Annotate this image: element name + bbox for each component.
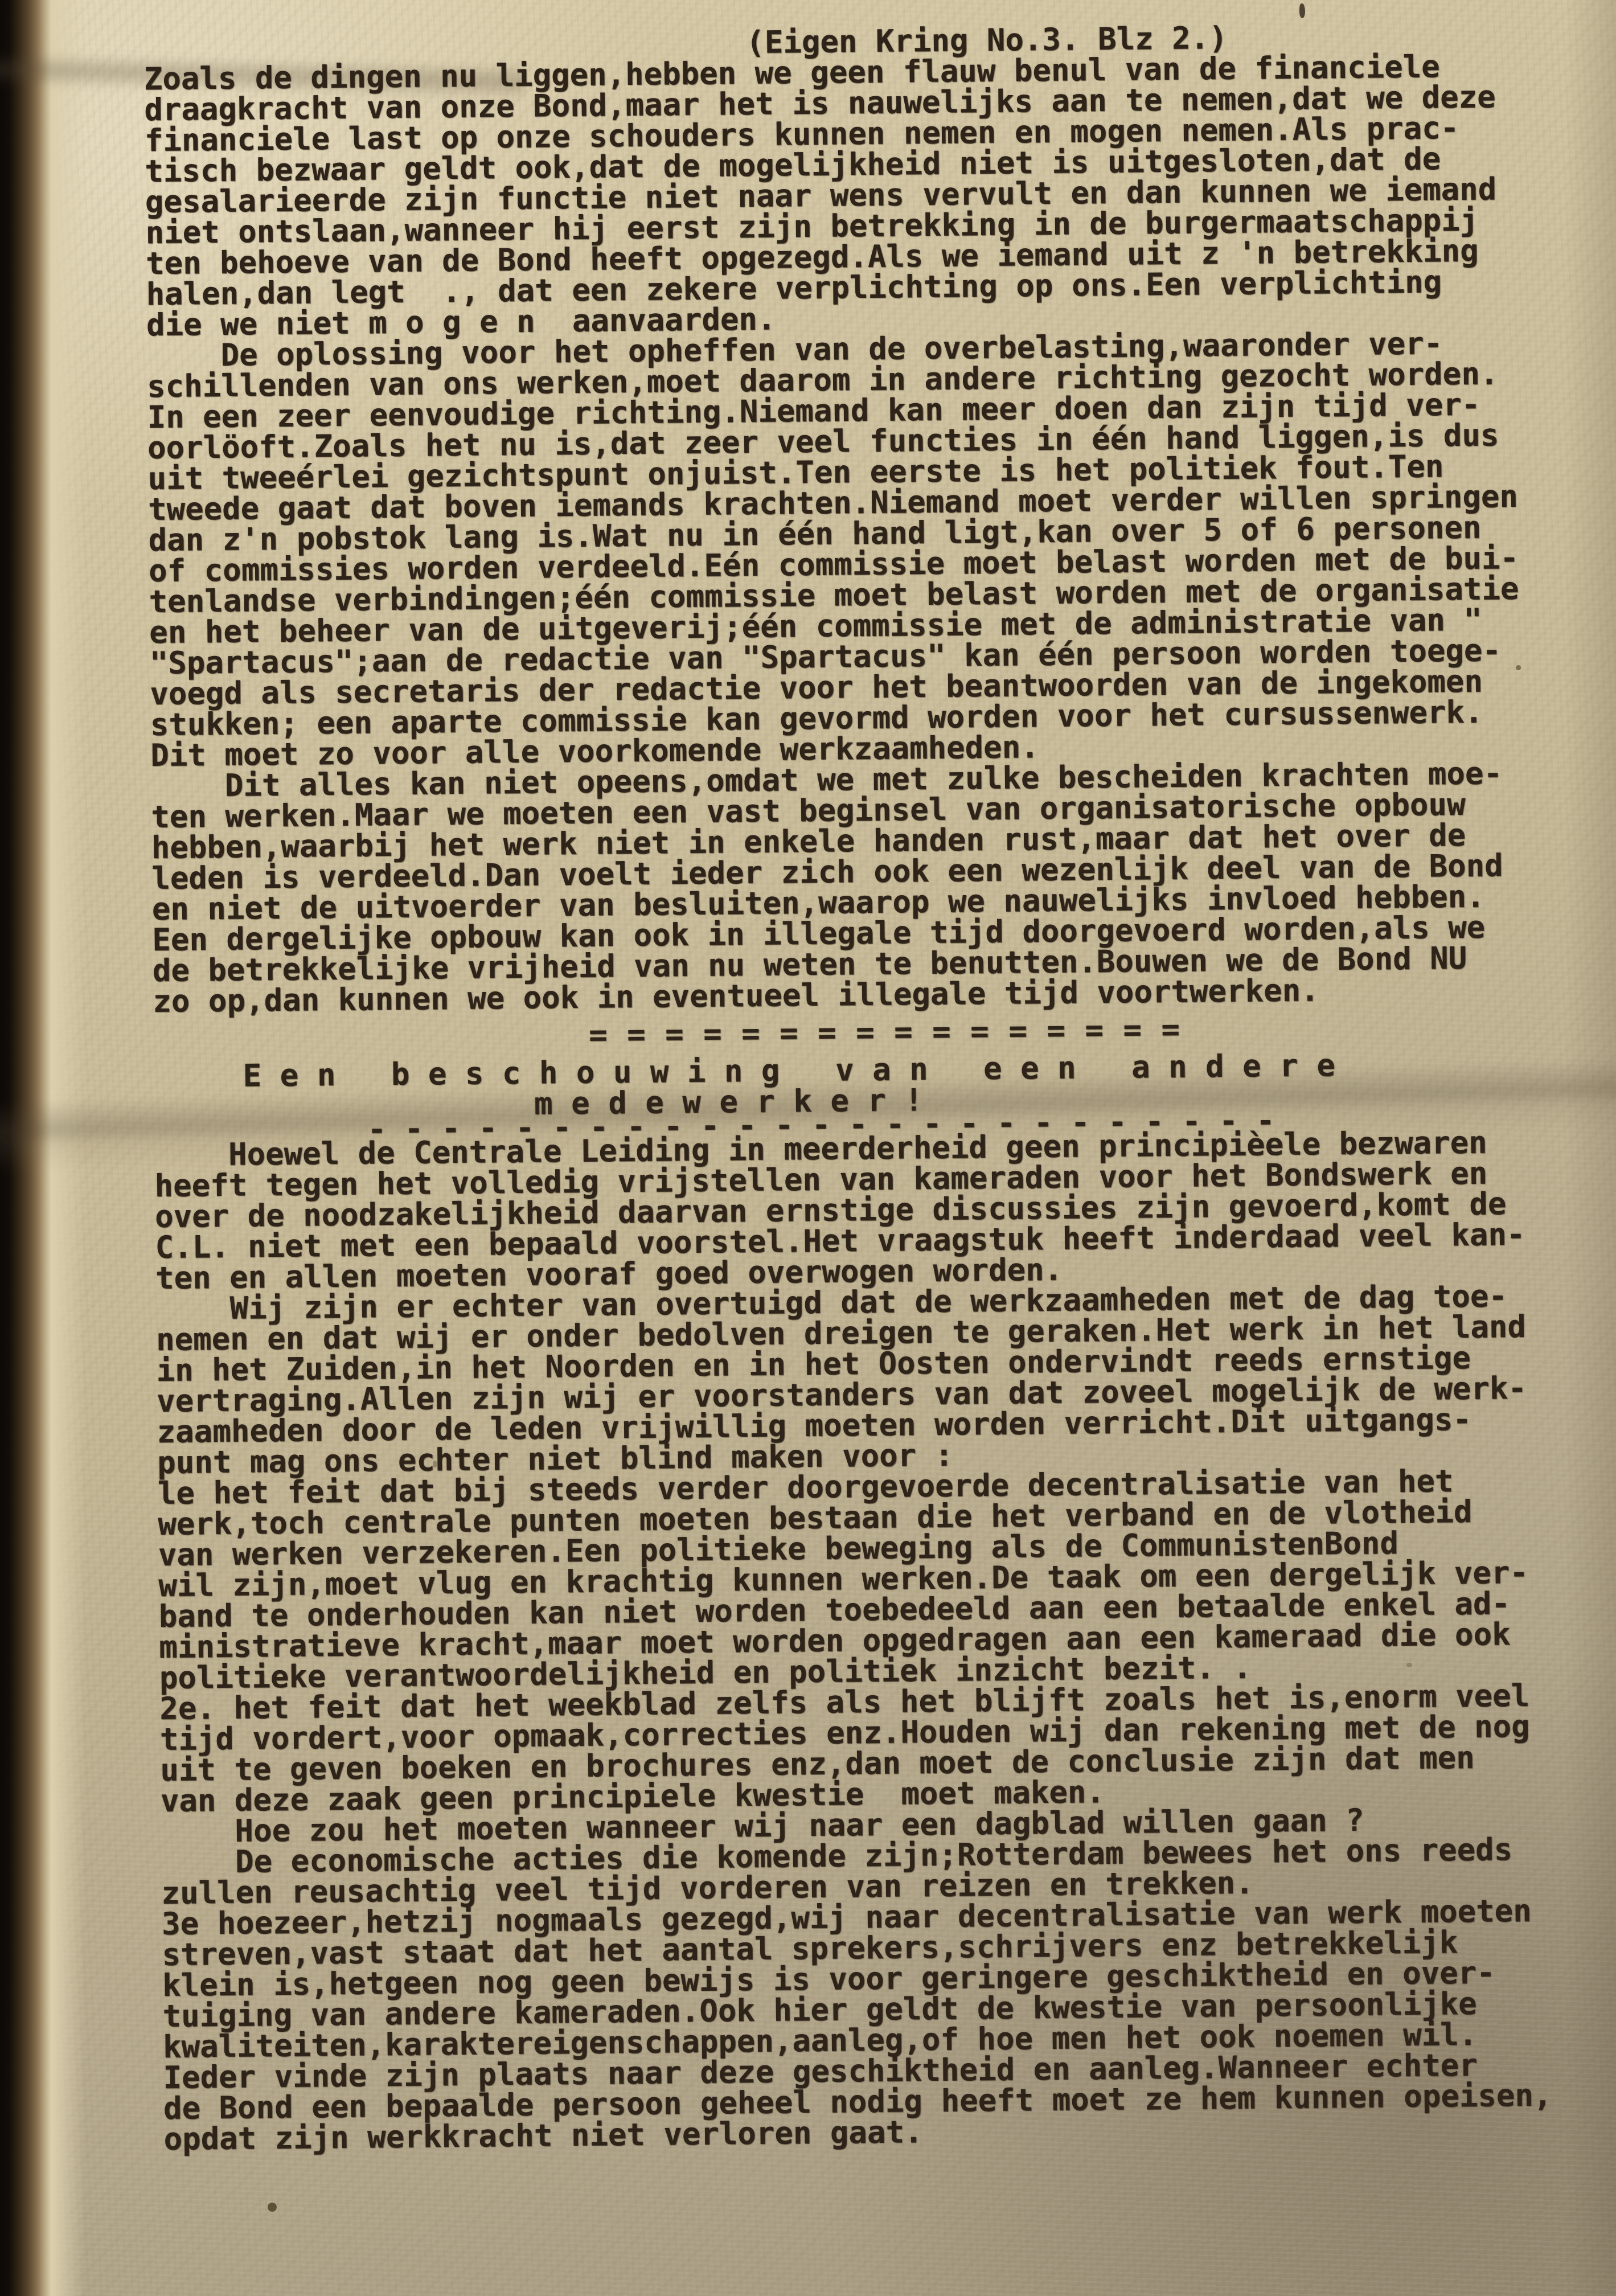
- typewritten-text: (Eigen Kring No.3. Blz 2.) Zoals de ding…: [0, 0, 1616, 2156]
- paragraph-4: 3e hoezeer,hetzij nogmaals gezegd,wij na…: [162, 1895, 1616, 2155]
- paragraph-2: De oplossing voor het opheffen van de ov…: [146, 326, 1616, 1017]
- paper-speck: [1516, 665, 1521, 670]
- paragraph-1: Zoals de dingen nu liggen,hebben we geen…: [144, 50, 1612, 341]
- document-page: (Eigen Kring No.3. Blz 2.) Zoals de ding…: [0, 0, 1616, 2296]
- paragraph-3: Hoewel de Centrale Leiding in meerderhei…: [154, 1126, 1616, 1909]
- paper-speck: [433, 1461, 437, 1467]
- paper-speck: [268, 2203, 277, 2212]
- paper-speck: [1406, 1663, 1412, 1667]
- ink-mark-top-edge: [1299, 3, 1305, 18]
